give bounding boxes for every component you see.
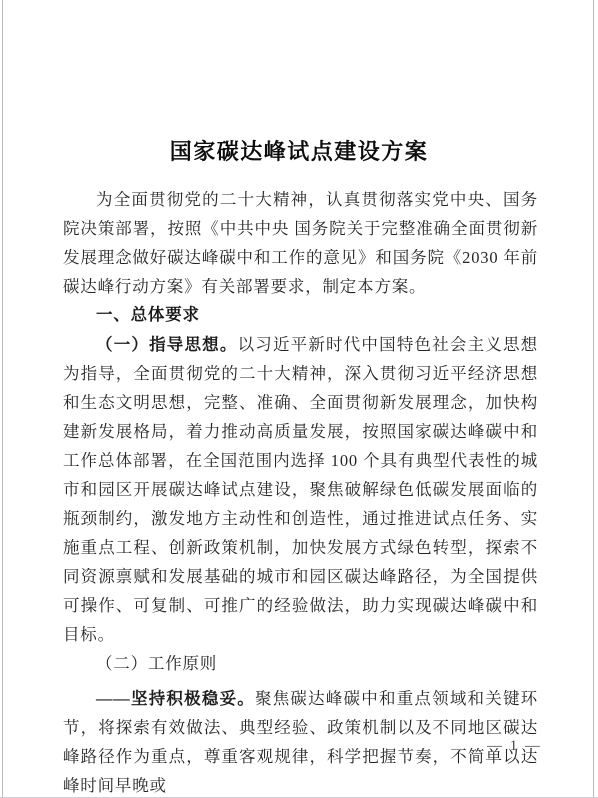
page-edge-left	[2, 0, 3, 798]
guiding-thought-body: 以习近平新时代中国特色社会主义思想为指导，全面贯彻党的二十大精神，深入贯彻习近平…	[63, 335, 538, 644]
principle-lead: ——坚持积极稳妥。	[96, 689, 255, 708]
intro-paragraph: 为全面贯彻党的二十大精神，认真贯彻落实党中央、国务院决策部署，按照《中共中央 国…	[63, 185, 538, 301]
document-title: 国家碳达峰试点建设方案	[0, 137, 598, 167]
document-page: 国家碳达峰试点建设方案 为全面贯彻党的二十大精神，认真贯彻落实党中央、国务院决策…	[0, 0, 598, 798]
page-edge-right	[593, 0, 594, 798]
principle-paragraph: ——坚持积极稳妥。聚焦碳达峰碳中和重点领域和关键环节，将探索有效做法、典型经验、…	[63, 684, 538, 798]
intro-paragraph-text: 为全面贯彻党的二十大精神，认真贯彻落实党中央、国务院决策部署，按照《中共中央 国…	[63, 190, 538, 296]
sub-heading-work-principles: （二）工作原则	[63, 649, 538, 678]
guiding-thought-paragraph: （一）指导思想。以习近平新时代中国特色社会主义思想为指导，全面贯彻党的二十大精神…	[63, 330, 538, 649]
guiding-thought-lead: （一）指导思想。	[96, 335, 238, 354]
page-number: — 1 —	[487, 738, 542, 755]
document-body: 为全面贯彻党的二十大精神，认真贯彻落实党中央、国务院决策部署，按照《中共中央 国…	[63, 185, 538, 798]
document-title-text: 国家碳达峰试点建设方案	[170, 139, 429, 164]
sub-heading-text: （二）工作原则	[96, 654, 217, 673]
section-heading-overall-requirements: 一、总体要求	[63, 301, 538, 330]
section-heading-text: 一、总体要求	[96, 306, 200, 324]
